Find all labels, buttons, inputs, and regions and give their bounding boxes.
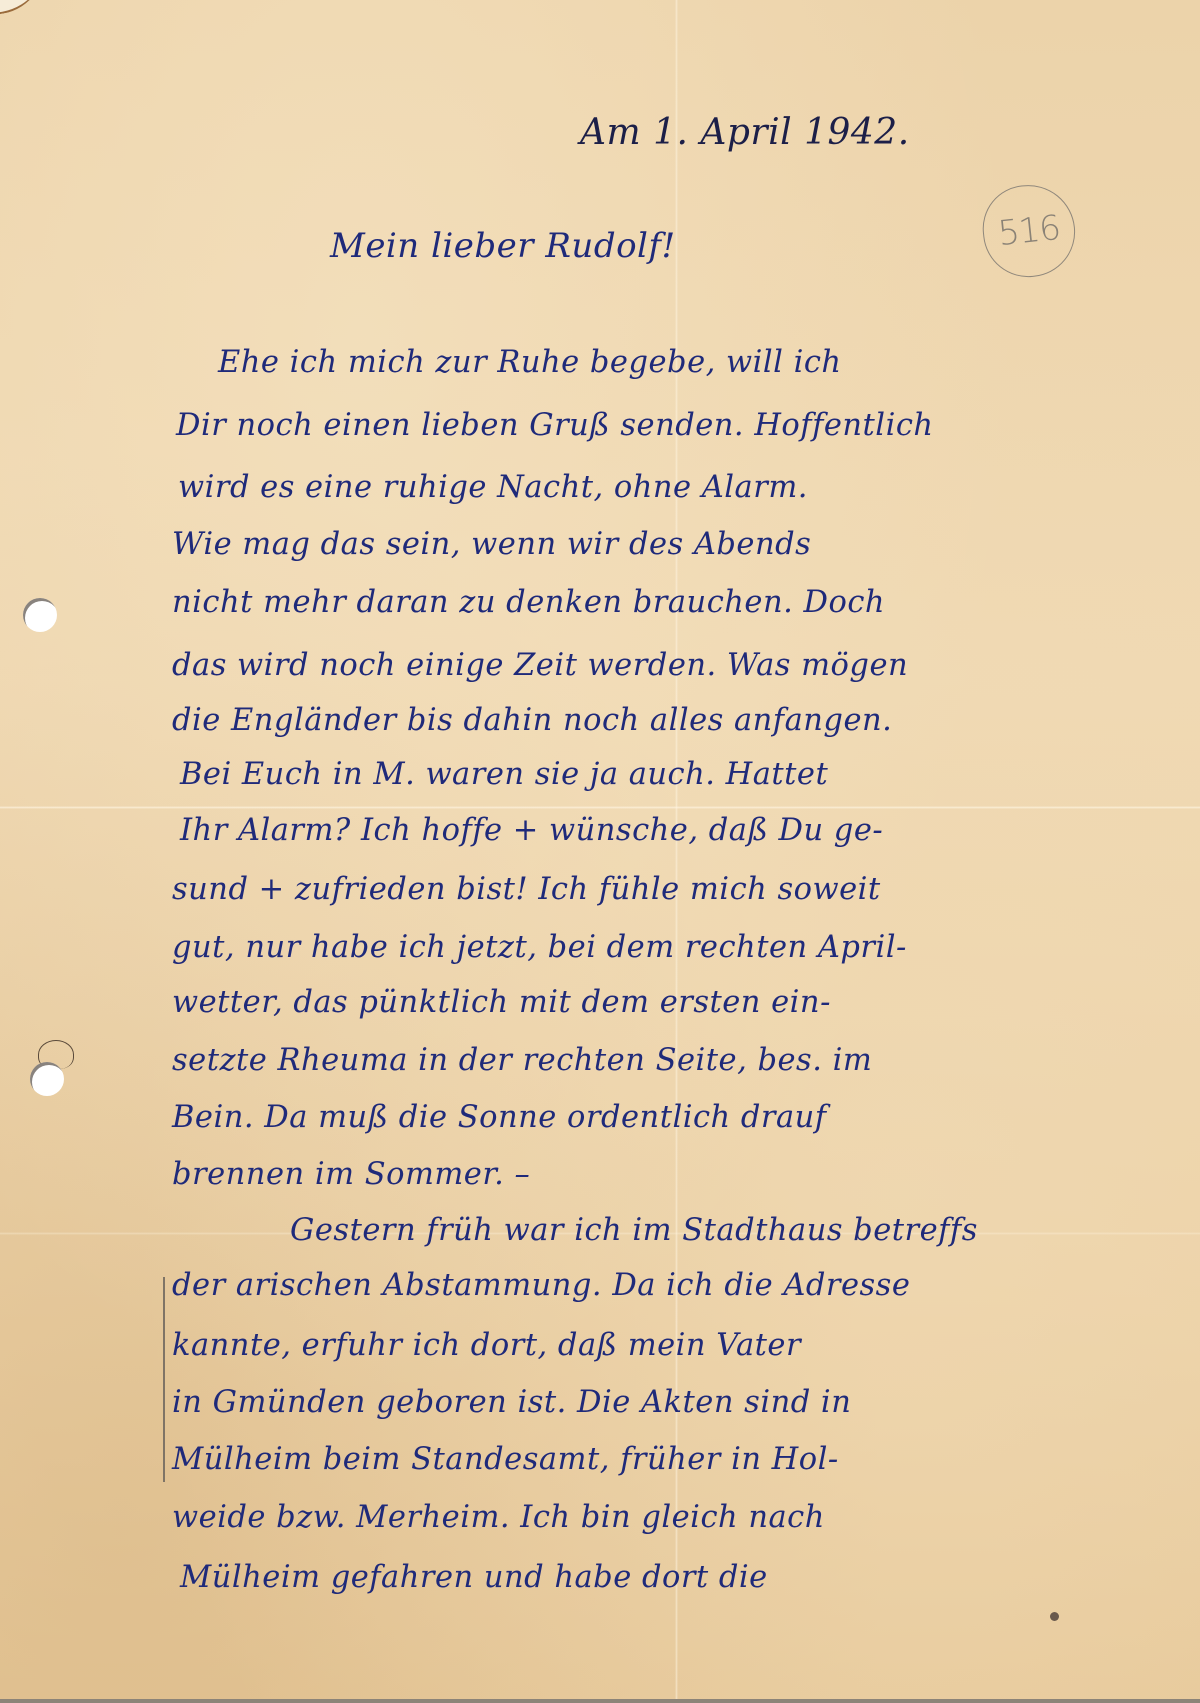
torn-corner bbox=[0, 0, 54, 19]
archive-number: 516 bbox=[996, 208, 1062, 254]
letter-page: 516 Am 1. April 1942. Mein lieber Rudolf… bbox=[0, 0, 1200, 1703]
fold-line-horizontal bbox=[0, 806, 1200, 809]
letter-line: Mülheim beim Standesamt, früher in Hol- bbox=[172, 1442, 839, 1477]
salutation: Mein lieber Rudolf! bbox=[330, 226, 676, 266]
punch-hole-top bbox=[23, 598, 57, 632]
letter-line: weide bzw. Merheim. Ich bin gleich nach bbox=[172, 1500, 825, 1535]
letter-line: brennen im Sommer. – bbox=[172, 1157, 530, 1192]
letter-line: sund + zufrieden bist! Ich fühle mich so… bbox=[172, 872, 881, 907]
archive-number-stamp: 516 bbox=[978, 180, 1079, 281]
letter-line: wetter, das pünktlich mit dem ersten ein… bbox=[172, 985, 831, 1020]
letter-line: Dir noch einen lieben Gruß senden. Hoffe… bbox=[176, 408, 934, 443]
date-line: Am 1. April 1942. bbox=[580, 112, 910, 153]
letter-line: in Gmünden geboren ist. Die Akten sind i… bbox=[172, 1385, 851, 1420]
punch-hole-bottom bbox=[30, 1062, 64, 1096]
letter-line: kannte, erfuhr ich dort, daß mein Vater bbox=[172, 1328, 801, 1363]
letter-line: setzte Rheuma in der rechten Seite, bes.… bbox=[172, 1043, 872, 1078]
letter-line: Ehe ich mich zur Ruhe begebe, will ich bbox=[218, 345, 842, 380]
letter-line: die Engländer bis dahin noch alles anfan… bbox=[172, 703, 892, 738]
pencil-margin-mark bbox=[163, 1277, 165, 1482]
letter-line: Ihr Alarm? Ich hoffe + wünsche, daß Du g… bbox=[180, 813, 883, 848]
ink-speck bbox=[1050, 1612, 1059, 1621]
letter-line: gut, nur habe ich jetzt, bei dem rechten… bbox=[172, 930, 907, 965]
letter-line: Mülheim gefahren und habe dort die bbox=[180, 1560, 768, 1595]
page-bottom-edge bbox=[0, 1699, 1200, 1703]
letter-line: der arischen Abstammung. Da ich die Adre… bbox=[172, 1268, 910, 1303]
letter-line: Gestern früh war ich im Stadthaus betref… bbox=[290, 1213, 978, 1248]
letter-line: das wird noch einige Zeit werden. Was mö… bbox=[172, 648, 908, 683]
letter-line: Bei Euch in M. waren sie ja auch. Hattet bbox=[180, 757, 828, 792]
letter-line: Bein. Da muß die Sonne ordentlich drauf bbox=[172, 1100, 827, 1135]
letter-line: nicht mehr daran zu denken brauchen. Doc… bbox=[172, 585, 885, 620]
letter-line: Wie mag das sein, wenn wir des Abends bbox=[172, 527, 811, 562]
letter-line: wird es eine ruhige Nacht, ohne Alarm. bbox=[178, 470, 808, 505]
